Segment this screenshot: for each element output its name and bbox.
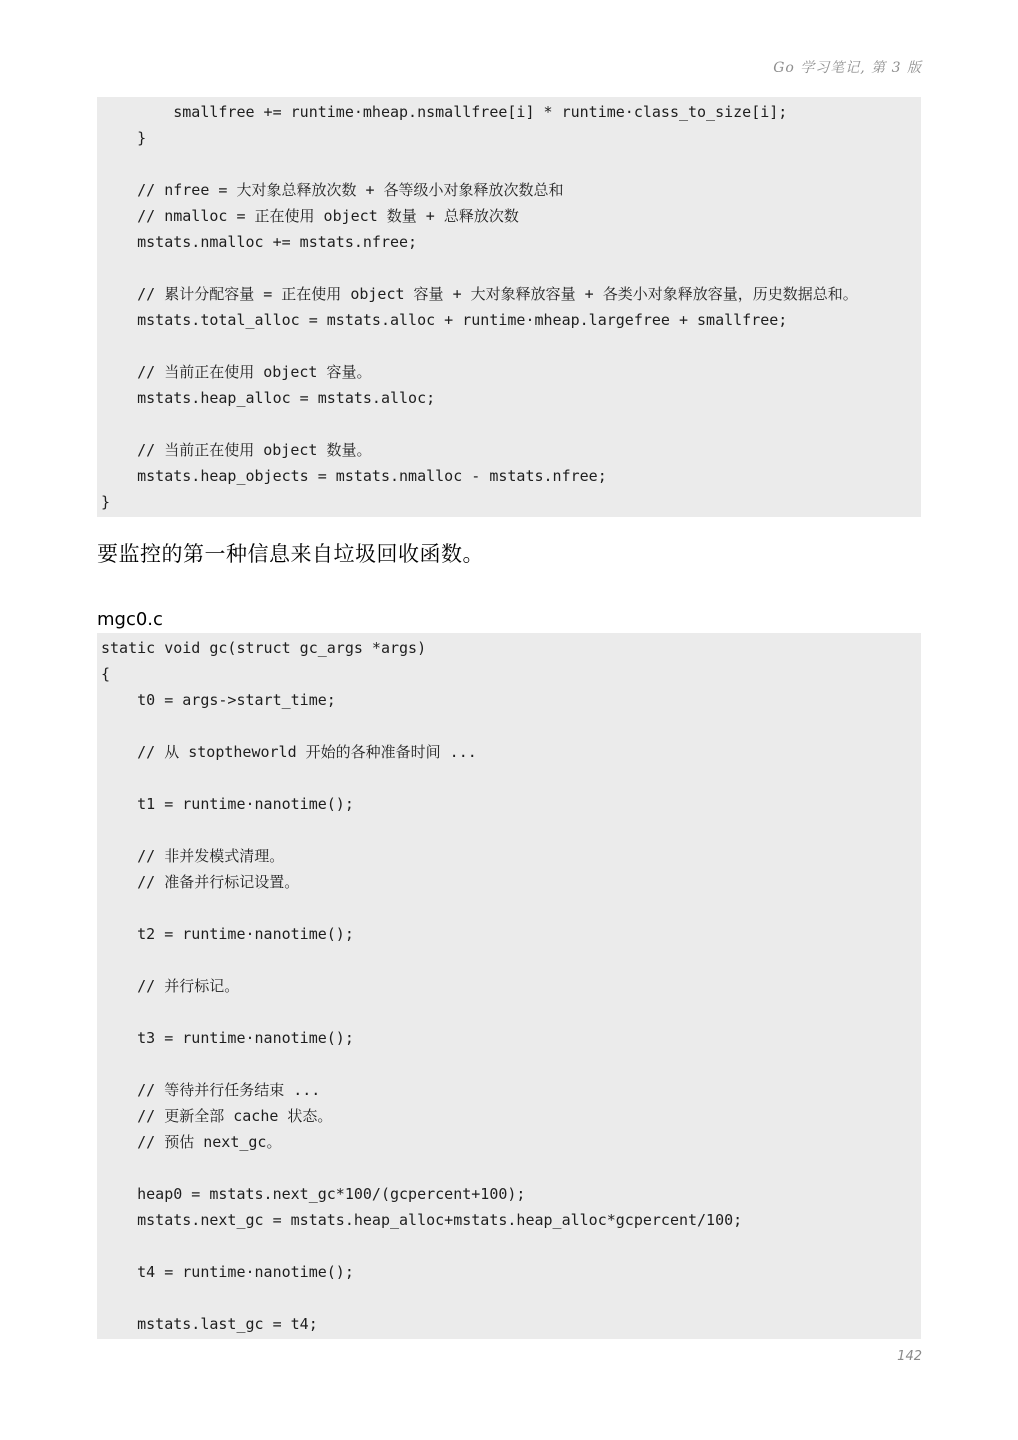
page-number: 142 bbox=[897, 1349, 922, 1364]
heading-filename-mgc0c: mgc0.c bbox=[97, 609, 921, 630]
code-block-updatememstats: smallfree += runtime·mheap.nsmallfree[i]… bbox=[97, 97, 921, 517]
paragraph-gc-intro: 要监控的第一种信息来自垃圾回收函数。 bbox=[97, 540, 921, 569]
page-content: smallfree += runtime·mheap.nsmallfree[i]… bbox=[97, 0, 921, 1339]
code-block-gc-function: static void gc(struct gc_args *args) { t… bbox=[97, 633, 921, 1339]
document-page: Go 学习笔记, 第 3 版 smallfree += runtime·mhea… bbox=[0, 0, 1018, 1440]
